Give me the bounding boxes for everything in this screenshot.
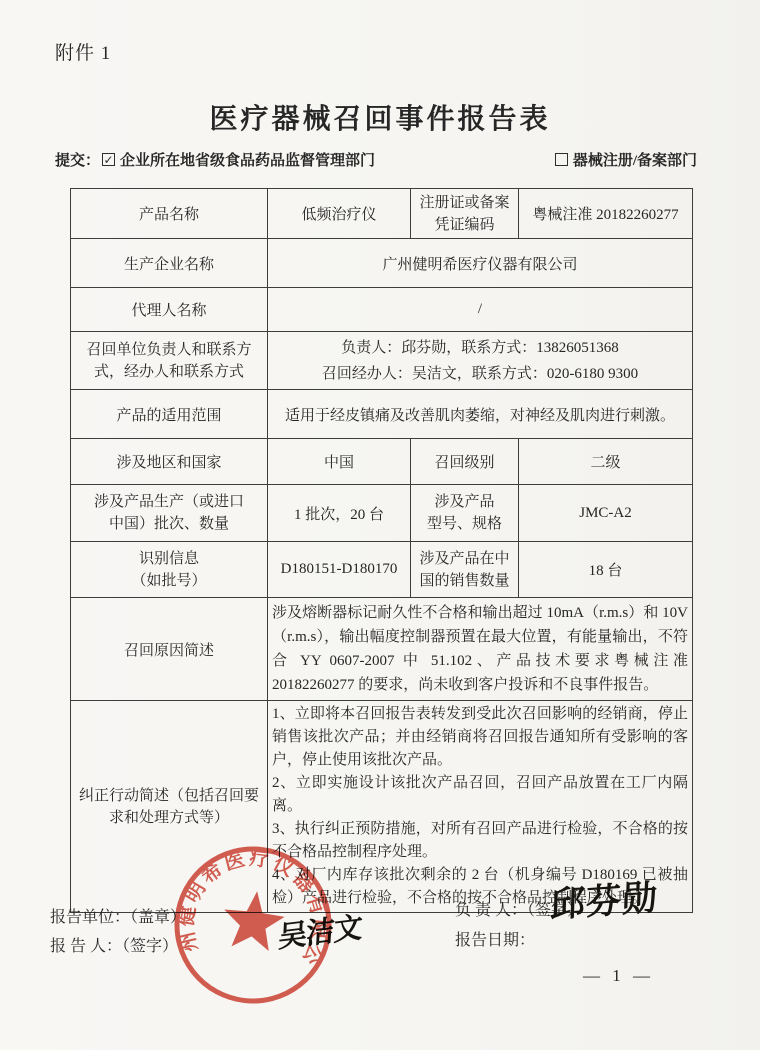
recall-reason-value: 涉及熔断器标记耐久性不合格和输出超过 10mA（r.m.s）和 10V（r.m.… — [268, 598, 693, 701]
product-name-value: 低频治疗仪 — [268, 189, 411, 239]
scope-of-use-label: 产品的适用范围 — [71, 390, 268, 439]
svg-text:广州健明希医疗仪器有限公司: 广州健明希医疗仪器有限公司 — [130, 802, 346, 972]
registration-code-label-line1: 注册证或备案 — [415, 192, 514, 214]
regions-label: 涉及地区和国家 — [71, 439, 268, 485]
scope-of-use-value: 适用于经皮镇痛及改善肌肉萎缩，对神经及肌肉进行刺激。 — [268, 390, 693, 439]
agent-value: / — [268, 288, 693, 332]
recall-level-label: 召回级别 — [411, 439, 519, 485]
identification-label: 识别信息 （如批号） — [71, 542, 268, 598]
recall-reason-label: 召回原因简述 — [71, 598, 268, 701]
row-identification: 识别信息 （如批号） D180151-D180170 涉及产品在中 国的销售数量… — [71, 542, 693, 598]
page-number: — 1 — — [583, 966, 654, 986]
row-product-name: 产品名称 低频治疗仪 注册证或备案 凭证编码 粤械注准 20182260277 — [71, 189, 693, 239]
recall-contacts-value: 负责人：邱芬勋，联系方式：13826051368 召回经办人：吴洁文，联系方式：… — [268, 332, 693, 390]
product-name-label: 产品名称 — [71, 189, 268, 239]
handler-contact: 召回经办人：吴洁文，联系方式：020-6180 9300 — [272, 361, 688, 387]
batches-label-line1: 涉及产品生产（或进口 — [75, 491, 263, 513]
responsible-contact: 负责人：邱芬勋，联系方式：13826051368 — [272, 335, 688, 361]
checkbox-unchecked-icon — [555, 153, 568, 166]
row-agent: 代理人名称 / — [71, 288, 693, 332]
corrective-action-item-1: 1、立即将本召回报告表转发到受此次召回影响的经销商，停止销售该批次产品；并由经销… — [272, 703, 688, 772]
responsible-signature: 邱芬勋 — [549, 870, 659, 928]
submission-option-registration: 器械注册/备案部门 — [555, 149, 697, 170]
model-spec-label-line2: 型号、规格 — [415, 513, 514, 535]
submission-option-provincial-label: 企业所在地省级食品药品监督管理部门 — [120, 149, 375, 170]
china-sales-label-line2: 国的销售数量 — [415, 570, 514, 592]
registration-code-label: 注册证或备案 凭证编码 — [411, 189, 519, 239]
checkbox-checked-icon: ✓ — [102, 153, 115, 166]
identification-label-line2: （如批号） — [75, 570, 263, 592]
seal-company-text: 广州健明希医疗仪器有限公司 — [130, 802, 346, 972]
china-sales-label: 涉及产品在中 国的销售数量 — [411, 542, 519, 598]
recall-contacts-label-line1: 召回单位负责人和联系方 — [75, 339, 263, 361]
company-seal: 广州健明希医疗仪器有限公司 — [130, 802, 375, 1047]
manufacturer-label: 生产企业名称 — [71, 239, 268, 288]
recall-contacts-label-line2: 式，经办人和联系方式 — [75, 361, 263, 383]
model-spec-label-line1: 涉及产品 — [415, 491, 514, 513]
row-manufacturer: 生产企业名称 广州健明希医疗仪器有限公司 — [71, 239, 693, 288]
report-date-label: 报告日期： — [455, 926, 583, 956]
corrective-action-item-2: 2、立即实施设计该批次产品召回，召回产品放置在工厂内隔离。 — [272, 772, 688, 818]
submission-option-provincial: 提交： ✓ 企业所在地省级食品药品监督管理部门 — [55, 149, 375, 170]
row-regions: 涉及地区和国家 中国 召回级别 二级 — [71, 439, 693, 485]
batches-label-line2: 中国）批次、数量 — [75, 513, 263, 535]
batches-value: 1 批次，20 台 — [268, 485, 411, 542]
star-icon — [220, 888, 287, 953]
model-spec-value: JMC-A2 — [519, 485, 693, 542]
registration-code-label-line2: 凭证编码 — [415, 214, 514, 236]
recall-level-value: 二级 — [519, 439, 693, 485]
row-recall-contacts: 召回单位负责人和联系方 式，经办人和联系方式 负责人：邱芬勋，联系方式：1382… — [71, 332, 693, 390]
submission-option-registration-label: 器械注册/备案部门 — [573, 149, 697, 170]
china-sales-value: 18 台 — [519, 542, 693, 598]
regions-value: 中国 — [268, 439, 411, 485]
batches-label: 涉及产品生产（或进口 中国）批次、数量 — [71, 485, 268, 542]
registration-code-value: 粤械注准 20182260277 — [519, 189, 693, 239]
agent-label: 代理人名称 — [71, 288, 268, 332]
manufacturer-value: 广州健明希医疗仪器有限公司 — [268, 239, 693, 288]
recall-contacts-label: 召回单位负责人和联系方 式，经办人和联系方式 — [71, 332, 268, 390]
row-scope-of-use: 产品的适用范围 适用于经皮镇痛及改善肌肉萎缩，对神经及肌肉进行刺激。 — [71, 390, 693, 439]
page-title: 医疗器械召回事件报告表 — [0, 97, 760, 137]
china-sales-label-line1: 涉及产品在中 — [415, 548, 514, 570]
model-spec-label: 涉及产品 型号、规格 — [411, 485, 519, 542]
identification-value: D180151-D180170 — [268, 542, 411, 598]
submission-prefix: 提交： — [55, 149, 100, 170]
submission-line: 提交： ✓ 企业所在地省级食品药品监督管理部门 器械注册/备案部门 — [55, 149, 697, 170]
document-page: { "colors": { "stamp_red": "#cf3b2d", "i… — [0, 0, 760, 1050]
row-recall-reason: 召回原因简述 涉及熔断器标记耐久性不合格和输出超过 10mA（r.m.s）和 1… — [71, 598, 693, 701]
attachment-label: 附件 1 — [55, 38, 111, 65]
row-batches: 涉及产品生产（或进口 中国）批次、数量 1 批次，20 台 涉及产品 型号、规格… — [71, 485, 693, 542]
identification-label-line1: 识别信息 — [75, 548, 263, 570]
